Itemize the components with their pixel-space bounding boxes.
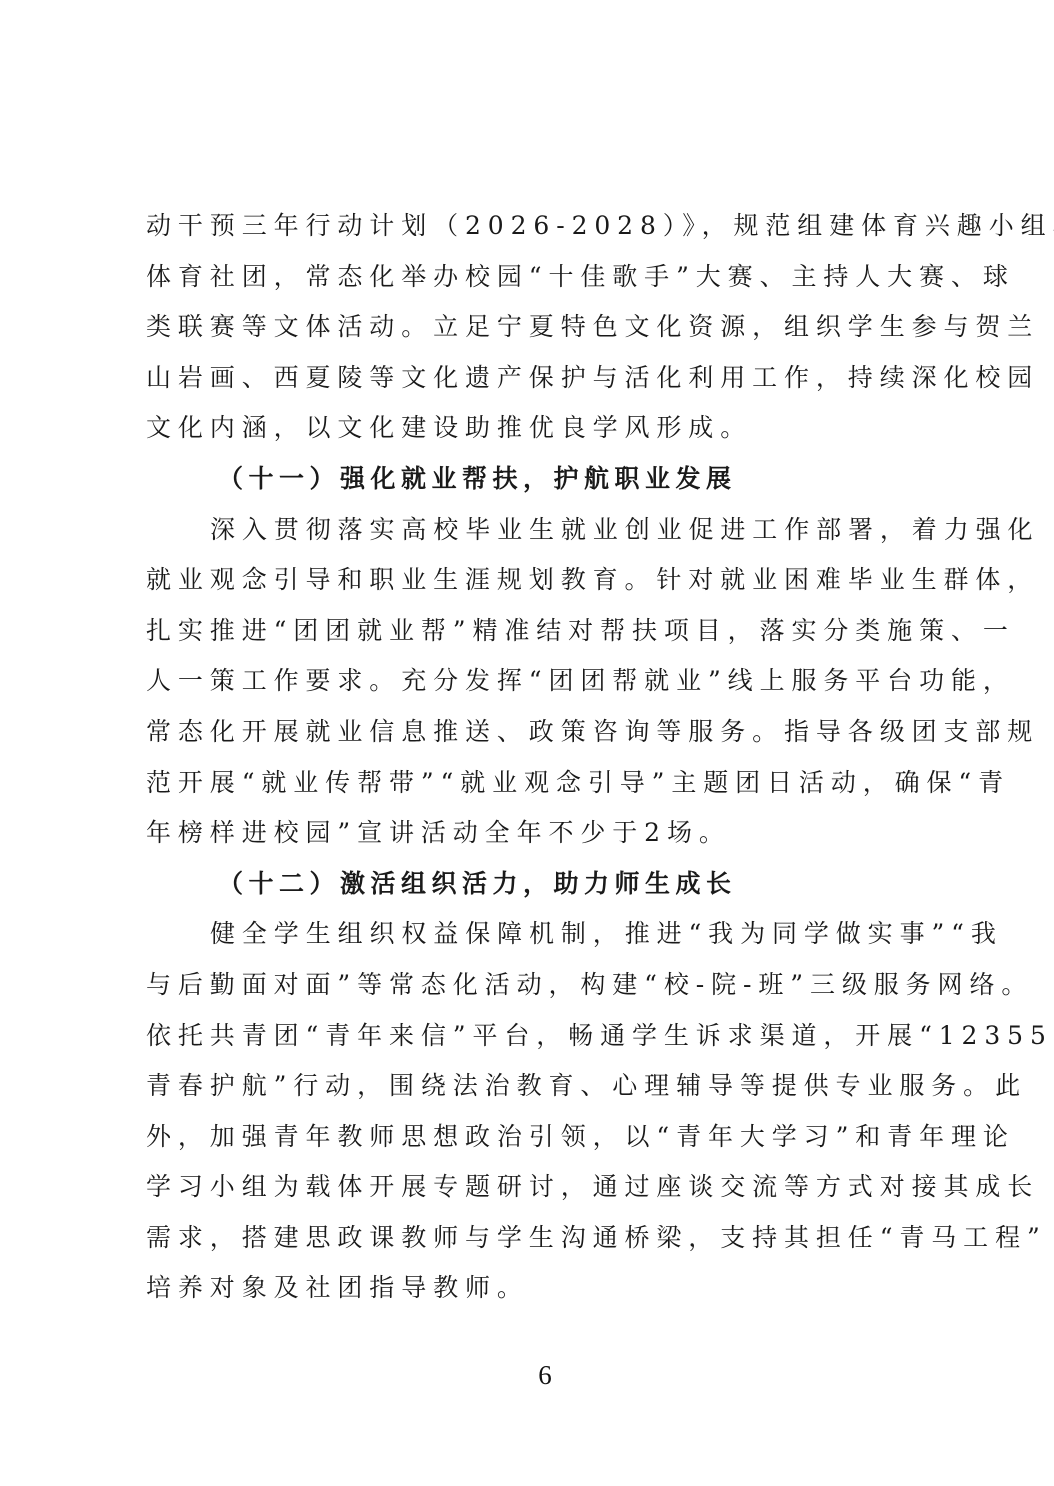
paragraph-line: 外，加强青年教师思想政治引领，以“青年大学习”和青年理论 (146, 1112, 956, 1163)
paragraph-first-line: 深入贯彻落实高校毕业生就业创业促进工作部署，着力强化 (146, 505, 956, 556)
paragraph-line: 扎实推进“团团就业帮”精准结对帮扶项目，落实分类施策、一 (146, 606, 956, 657)
paragraph-line: 培养对象及社团指导教师。 (146, 1263, 956, 1314)
document-body: 动干预三年行动计划（2026-2028）》，规范组建体育兴趣小组、 体育社团，常… (146, 201, 956, 1314)
paragraph-line: 类联赛等文体活动。立足宁夏特色文化资源，组织学生参与贺兰 (146, 302, 956, 353)
paragraph-line: 文化内涵，以文化建设助推优良学风形成。 (146, 403, 956, 454)
paragraph-line: 依托共青团“青年来信”平台，畅通学生诉求渠道，开展“12355 (146, 1011, 956, 1062)
paragraph-line: 山岩画、西夏陵等文化遗产保护与活化利用工作，持续深化校园 (146, 353, 956, 404)
paragraph-line: 需求，搭建思政课教师与学生沟通桥梁，支持其担任“青马工程” (146, 1213, 956, 1264)
paragraph-line: 常态化开展就业信息推送、政策咨询等服务。指导各级团支部规 (146, 707, 956, 758)
paragraph-line: 就业观念引导和职业生涯规划教育。针对就业困难毕业生群体， (146, 555, 956, 606)
paragraph-line: 与后勤面对面”等常态化活动，构建“校-院-班”三级服务网络。 (146, 960, 956, 1011)
paragraph-line: 青春护航”行动，围绕法治教育、心理辅导等提供专业服务。此 (146, 1061, 956, 1112)
paragraph-line: 动干预三年行动计划（2026-2028）》，规范组建体育兴趣小组、 (146, 201, 956, 252)
paragraph-first-line: 健全学生组织权益保障机制，推进“我为同学做实事”“我 (146, 909, 956, 960)
section-heading-11: （十一）强化就业帮扶，护航职业发展 (146, 454, 956, 505)
paragraph-line: 年榜样进校园”宣讲活动全年不少于2场。 (146, 808, 956, 859)
paragraph-line: 范开展“就业传帮带”“就业观念引导”主题团日活动，确保“青 (146, 758, 956, 809)
paragraph-line: 学习小组为载体开展专题研讨，通过座谈交流等方式对接其成长 (146, 1162, 956, 1213)
section-heading-12: （十二）激活组织活力，助力师生成长 (146, 859, 956, 910)
paragraph-line: 人一策工作要求。充分发挥“团团帮就业”线上服务平台功能， (146, 656, 956, 707)
page-number: 6 (0, 1360, 1054, 1391)
paragraph-line: 体育社团，常态化举办校园“十佳歌手”大赛、主持人大赛、球 (146, 252, 956, 303)
